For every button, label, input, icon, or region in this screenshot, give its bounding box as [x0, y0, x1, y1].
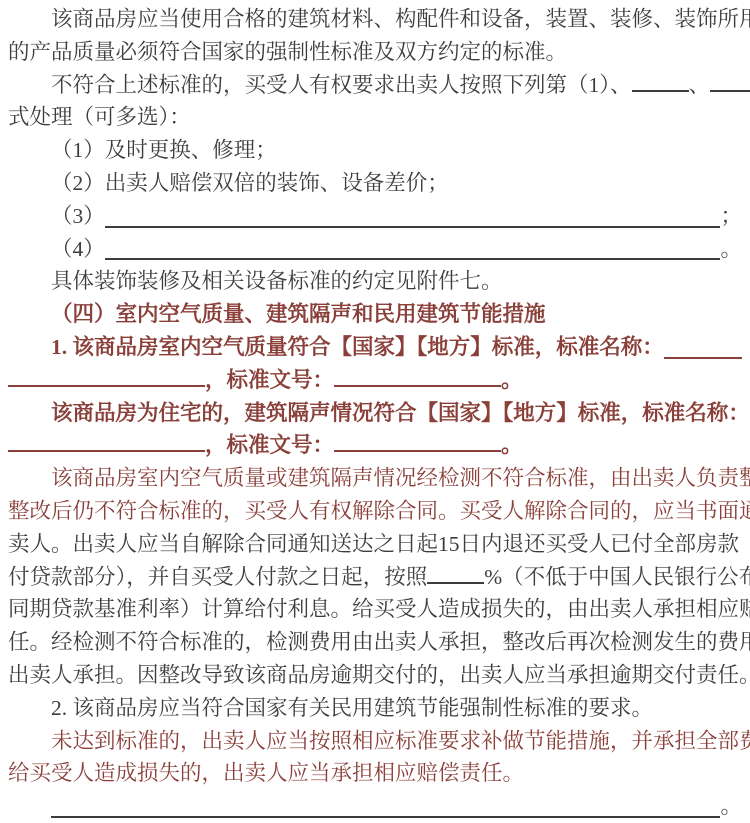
text-run: 该商品房应当使用合格的建筑材料、构配件和设备，装置、装修、装饰所用材料: [51, 7, 750, 31]
text-run: 。: [501, 433, 523, 457]
document-line: 任。经检测不符合标准的，检测费用由出卖人承担，整改后再次检测发生的费用仍由: [8, 626, 742, 659]
document-line: 出卖人承担。因整改导致该商品房逾期交付的，出卖人应当承担逾期交付责任。: [8, 659, 742, 692]
text-run: 同期贷款基准利率）计算给付利息。给买受人造成损失的，由出卖人承担相应赔偿责: [8, 597, 750, 621]
text-run: （4）: [51, 233, 105, 266]
text-run: 出卖人承担。因整改导致该商品房逾期交付的，出卖人应当承担逾期交付责任。: [8, 663, 750, 687]
text-run: （四）室内空气质量、建筑隔声和民用建筑节能措施: [51, 302, 546, 326]
document-line: 具体装饰装修及相关设备标准的约定见附件七。: [8, 265, 742, 298]
text-run: ，标准文号：: [205, 433, 334, 457]
blank-underline-field: [51, 816, 720, 818]
document-line: 2. 该商品房应当符合国家有关民用建筑节能强制性标准的要求。: [8, 692, 742, 725]
document-line: 该商品房为住宅的，建筑隔声情况符合【国家】【地方】标准，标准名称：: [8, 397, 742, 430]
text-run: 1. 该商品房室内空气质量符合【国家】【地方】标准，标准名称：: [51, 331, 664, 364]
document-line: 式处理（可多选）：: [8, 101, 742, 134]
text-run: 该商品房室内空气质量或建筑隔声情况经检测不符合标准，由出卖人负责整改，: [51, 466, 750, 490]
document-line: 给买受人造成损失的，出卖人应当承担相应赔偿责任。: [8, 757, 742, 790]
document-line: ，标准文号：。: [8, 364, 742, 397]
text-run: （3）: [51, 200, 105, 233]
document-line: （四）室内空气质量、建筑隔声和民用建筑节能措施: [8, 298, 742, 331]
document-line: 付贷款部分），并自买受人付款之日起，按照%（不低于中国人民银行公布的: [8, 561, 742, 594]
document-line: 整改后仍不符合标准的，买受人有权解除合同。买受人解除合同的，应当书面通知出: [8, 495, 742, 528]
text-run: 。: [720, 233, 742, 266]
document-line: （3）；: [8, 200, 742, 233]
text-run: 、: [689, 73, 711, 97]
document-line: 未达到标准的，出卖人应当按照相应标准要求补做节能措施，并承担全部费用；: [8, 725, 742, 758]
document-line: 卖人。出卖人应当自解除合同通知送达之日起15日内退还买受人已付全部房款（含已: [8, 528, 742, 561]
blank-underline-field: [710, 69, 750, 91]
blank-underline-field: [632, 69, 689, 91]
blank-underline-field: [105, 226, 721, 228]
document-line: 1. 该商品房室内空气质量符合【国家】【地方】标准，标准名称：: [8, 331, 742, 364]
blank-underline-field: [664, 357, 742, 359]
text-run: ；: [720, 200, 742, 233]
text-run: 。: [720, 790, 742, 823]
text-run: 2. 该商品房应当符合国家有关民用建筑节能强制性标准的要求。: [51, 696, 653, 720]
text-run: 给买受人造成损失的，出卖人应当承担相应赔偿责任。: [8, 761, 524, 785]
text-run: （2）出卖人赔偿双倍的装饰、设备差价；: [51, 171, 449, 195]
text-run: 式处理（可多选）：: [8, 105, 191, 129]
text-run: 该商品房为住宅的，建筑隔声情况符合【国家】【地方】标准，标准名称：: [51, 397, 750, 430]
document-line: 。: [8, 790, 742, 823]
document-line: （4）。: [8, 233, 742, 266]
text-run: 未达到标准的，出卖人应当按照相应标准要求补做节能措施，并承担全部费用；: [51, 729, 750, 753]
text-run: ，标准文号：: [205, 368, 334, 392]
document-line: ，标准文号：。: [8, 429, 742, 462]
document-line: 该商品房应当使用合格的建筑材料、构配件和设备，装置、装修、装饰所用材料: [8, 3, 742, 36]
blank-underline-field: [427, 561, 484, 583]
text-run: 任。经检测不符合标准的，检测费用由出卖人承担，整改后再次检测发生的费用仍由: [8, 630, 750, 654]
text-run: 卖人。出卖人应当自解除合同通知送达之日起15日内退还买受人已付全部房款（含已: [8, 532, 750, 556]
document-line: （2）出卖人赔偿双倍的装饰、设备差价；: [8, 167, 742, 200]
text-run: 。: [501, 368, 523, 392]
document-line: 该商品房室内空气质量或建筑隔声情况经检测不符合标准，由出卖人负责整改，: [8, 462, 742, 495]
text-run: %（不低于中国人民银行公布的: [484, 565, 750, 589]
text-run: （1）及时更换、修理；: [51, 138, 277, 162]
blank-underline-field: [334, 364, 501, 386]
text-run: 的产品质量必须符合国家的强制性标准及双方约定的标准。: [8, 40, 567, 64]
blank-underline-field: [105, 258, 721, 260]
document-line: 同期贷款基准利率）计算给付利息。给买受人造成损失的，由出卖人承担相应赔偿责: [8, 593, 742, 626]
blank-underline-field: [8, 430, 205, 452]
document-line: 不符合上述标准的，买受人有权要求出卖人按照下列第（1）、、方: [8, 69, 742, 102]
document-line: （1）及时更换、修理；: [8, 134, 742, 167]
text-run: 整改后仍不符合标准的，买受人有权解除合同。买受人解除合同的，应当书面通知出: [8, 499, 750, 523]
text-run: 付贷款部分），并自买受人付款之日起，按照: [8, 565, 427, 589]
blank-underline-field: [8, 364, 205, 386]
text-run: 具体装饰装修及相关设备标准的约定见附件七。: [51, 269, 503, 293]
blank-underline-field: [334, 430, 501, 452]
document-page: 该商品房应当使用合格的建筑材料、构配件和设备，装置、装修、装饰所用材料的产品质量…: [0, 0, 750, 823]
document-line: 的产品质量必须符合国家的强制性标准及双方约定的标准。: [8, 36, 742, 69]
text-run: 不符合上述标准的，买受人有权要求出卖人按照下列第（1）、: [51, 73, 632, 97]
